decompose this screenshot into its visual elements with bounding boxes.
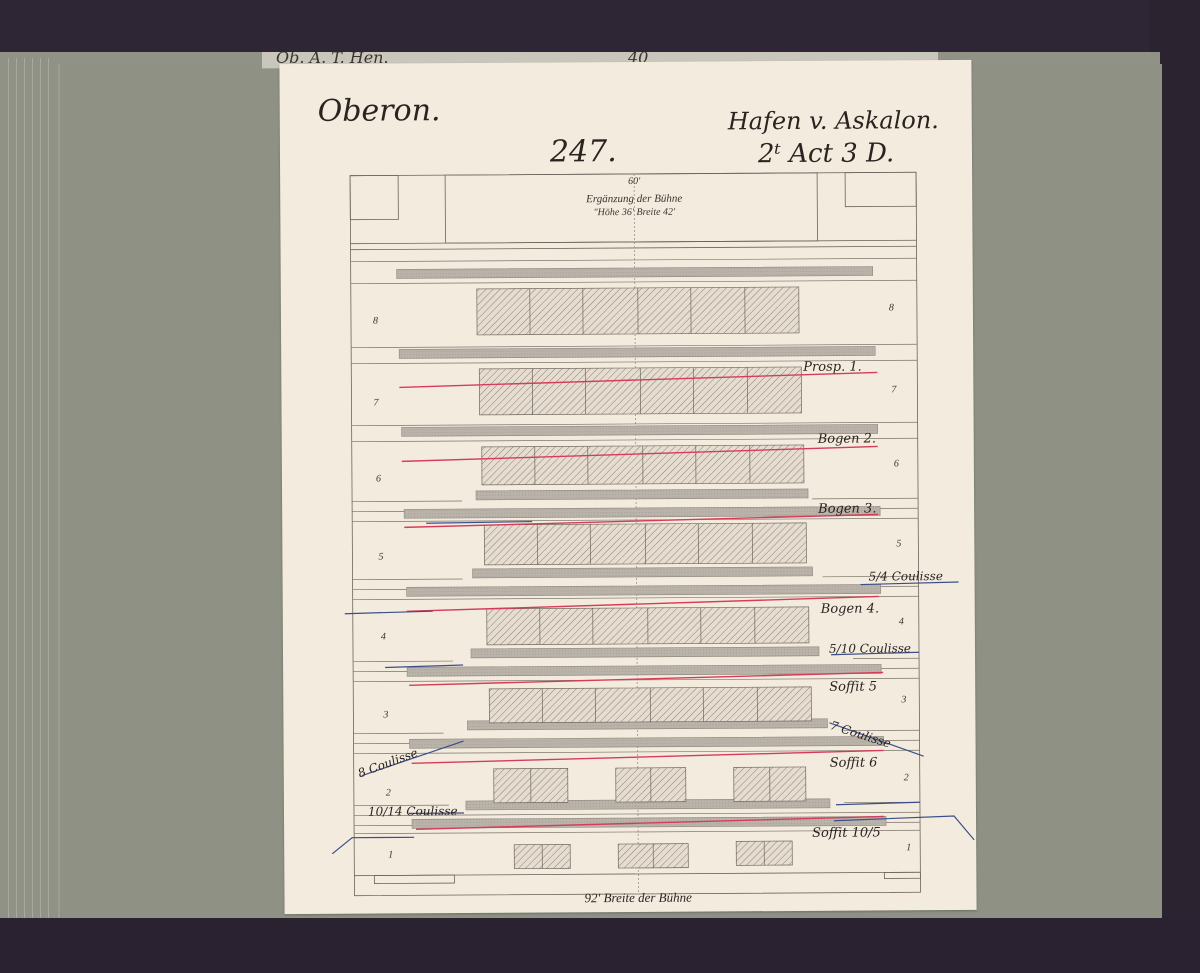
- annotation-bogen-4: Bogen 4.: [820, 601, 879, 616]
- stage-width-caption: 92' Breite der Bühne: [584, 890, 691, 907]
- top-box-number: 60': [628, 176, 641, 187]
- annotation-soffit-5: Soffit 5: [829, 679, 877, 694]
- svg-text:1: 1: [388, 849, 393, 860]
- svg-text:4: 4: [899, 616, 904, 627]
- annotation-coulisse-8: 8 Coulisse: [356, 746, 420, 781]
- annotation-prosp-1: Prosp. 1.: [802, 360, 862, 375]
- svg-text:8: 8: [889, 302, 894, 313]
- annotation-bogen-2: Bogen 2.: [817, 431, 876, 446]
- svg-text:4: 4: [381, 631, 386, 642]
- stage-plan-sheet: Oberon. 247. Hafen v. Askalon. 2ᵗ Act 3 …: [279, 60, 976, 914]
- svg-text:8: 8: [373, 316, 378, 327]
- annotation-coulisse-10-14: 10/14 Coulisse: [368, 804, 458, 819]
- annotation-coulisse-5-10: 5/10 Coulisse: [829, 641, 911, 656]
- annotation-coulisse-5-4: 5/4 Coulisse: [869, 569, 943, 583]
- top-box-title: Ergänzung der Bühne: [585, 193, 682, 206]
- svg-text:2: 2: [904, 772, 909, 783]
- annotation-bogen-3: Bogen 3.: [817, 501, 876, 516]
- svg-text:6: 6: [894, 458, 899, 469]
- top-box-dims: "Höhe 36' Breite 42': [593, 207, 676, 219]
- stage-plan-drawing: 60' Ergänzung der Bühne "Höhe 36' Breite…: [279, 60, 976, 914]
- page-stack-edges: [0, 58, 60, 918]
- annotation-soffit-10-5: Soffit 10/5: [812, 825, 881, 840]
- svg-text:7: 7: [891, 384, 897, 395]
- svg-text:5: 5: [378, 551, 383, 562]
- svg-text:7: 7: [373, 398, 379, 409]
- svg-text:5: 5: [896, 538, 901, 549]
- svg-text:2: 2: [386, 787, 391, 798]
- svg-text:1: 1: [906, 842, 911, 853]
- album-cover-top: [0, 0, 1200, 52]
- album-cover-bottom: [0, 918, 1200, 973]
- svg-text:3: 3: [382, 709, 388, 720]
- svg-text:6: 6: [376, 474, 381, 485]
- svg-text:3: 3: [900, 694, 906, 705]
- annotation-soffit-6: Soffit 6: [830, 755, 878, 770]
